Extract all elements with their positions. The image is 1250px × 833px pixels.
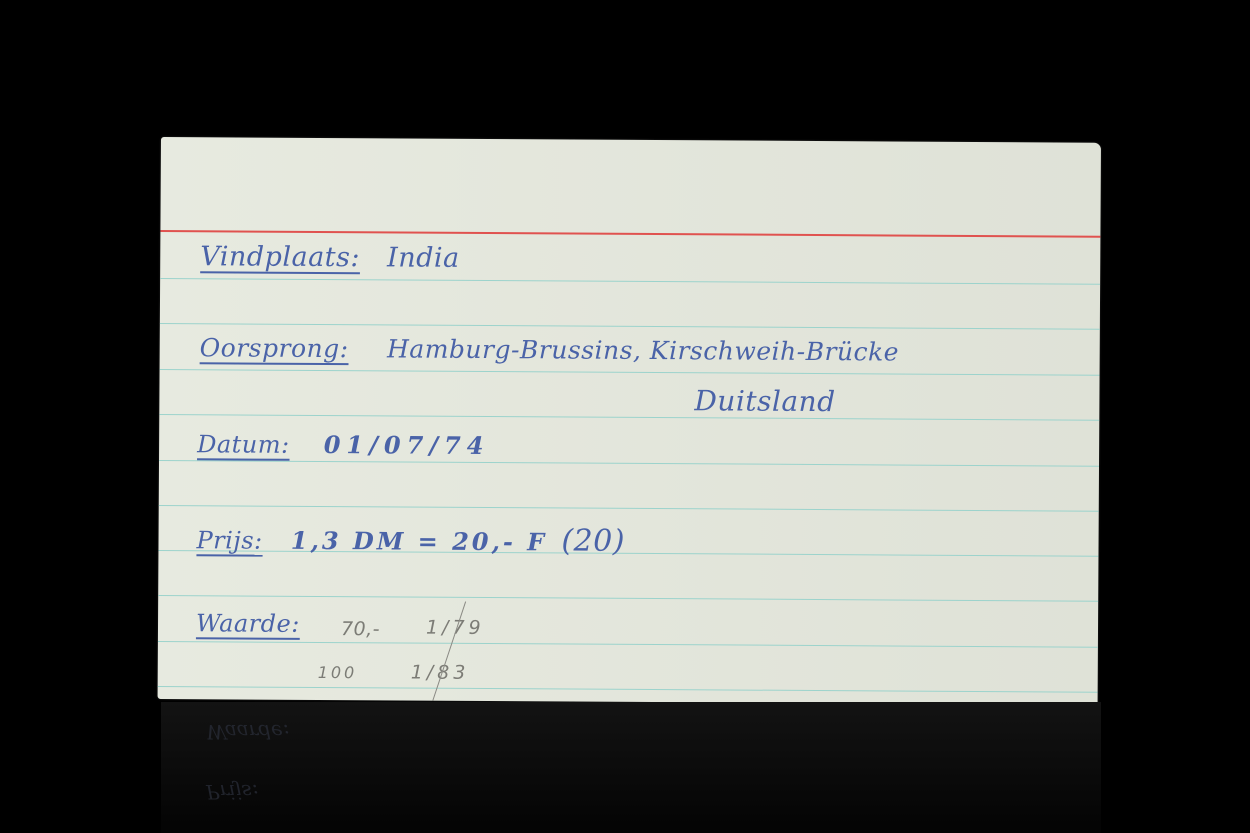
ruled-line [158, 641, 1098, 648]
field-label: Prijs: [196, 526, 262, 554]
reflection-text: Waarde: [206, 720, 290, 744]
field-label: Vindplaats: [200, 241, 360, 273]
field-label: Waarde: [196, 609, 300, 638]
ruled-line [158, 595, 1098, 602]
card-reflection: Waarde: Prijs: [161, 702, 1101, 833]
ruled-line [160, 323, 1100, 330]
field-row-prijs: Prijs: 1,3 DM = 20,- F (20) [196, 521, 625, 559]
ruled-line [160, 278, 1100, 285]
field-value: 01/07/74 [324, 430, 490, 460]
ruled-line [159, 414, 1099, 421]
ruled-line [159, 505, 1099, 512]
field-label: Oorsprong: [200, 333, 349, 363]
field-row-datum: Datum: 01/07/74 [197, 429, 490, 460]
field-value-line2: Duitsland [694, 384, 835, 418]
field-row-oorsprong: Oorsprong: Hamburg-Brussins, Kirschweih-… [200, 333, 899, 366]
reflection-text: Prijs: [206, 780, 259, 804]
field-value: 1,3 DM = 20,- F [291, 526, 548, 557]
ruled-line [159, 460, 1099, 467]
field-row-waarde: Waarde: [196, 609, 300, 638]
red-header-rule [160, 230, 1100, 238]
ruled-line [160, 369, 1100, 376]
field-value: India [387, 242, 460, 273]
field-note: (20) [561, 523, 625, 558]
ruled-line [158, 686, 1098, 693]
index-card: Vindplaats: India Oorsprong: Hamburg-Bru… [158, 137, 1101, 705]
pencil-date-2: 1/83 [411, 662, 470, 684]
field-row-vindplaats: Vindplaats: India [200, 241, 460, 274]
field-value: Hamburg-Brussins, Kirschweih-Brücke [387, 334, 899, 366]
pencil-value: 70,- [341, 618, 380, 640]
pencil-value-2: 100 [318, 663, 358, 682]
field-label: Datum: [197, 430, 290, 459]
